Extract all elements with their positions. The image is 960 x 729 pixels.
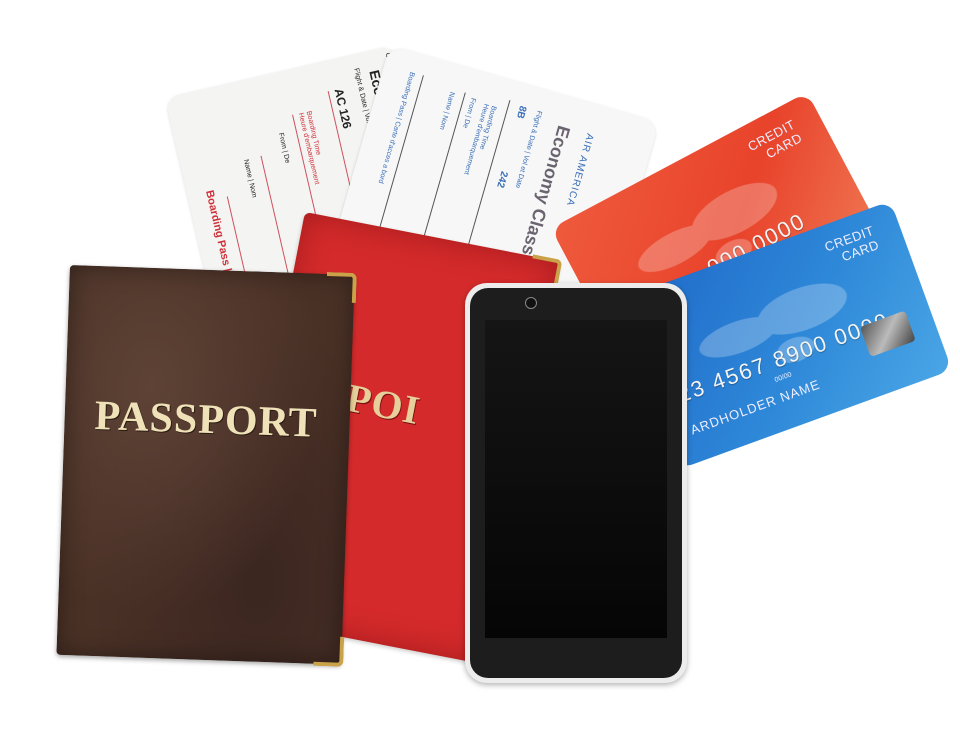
bp2-seat-value: 8B (514, 104, 528, 119)
passport-brown: PASSPORT (56, 265, 354, 665)
bp1-name-label: Name | Nom (242, 159, 258, 199)
bp2-gate-value: 242 (494, 170, 509, 189)
metal-corner-icon (326, 272, 357, 303)
front-camera-icon (525, 297, 537, 309)
smartphone (465, 283, 687, 683)
phone-bezel (470, 288, 682, 678)
bp2-from-label: From | De (461, 97, 476, 129)
bp2-name-label: Name | Nom (438, 91, 456, 131)
bp1-from-label: From | De (277, 132, 291, 164)
phone-screen (485, 320, 667, 638)
passport-title: PASSPORT (94, 392, 318, 448)
metal-corner-icon (313, 636, 344, 667)
